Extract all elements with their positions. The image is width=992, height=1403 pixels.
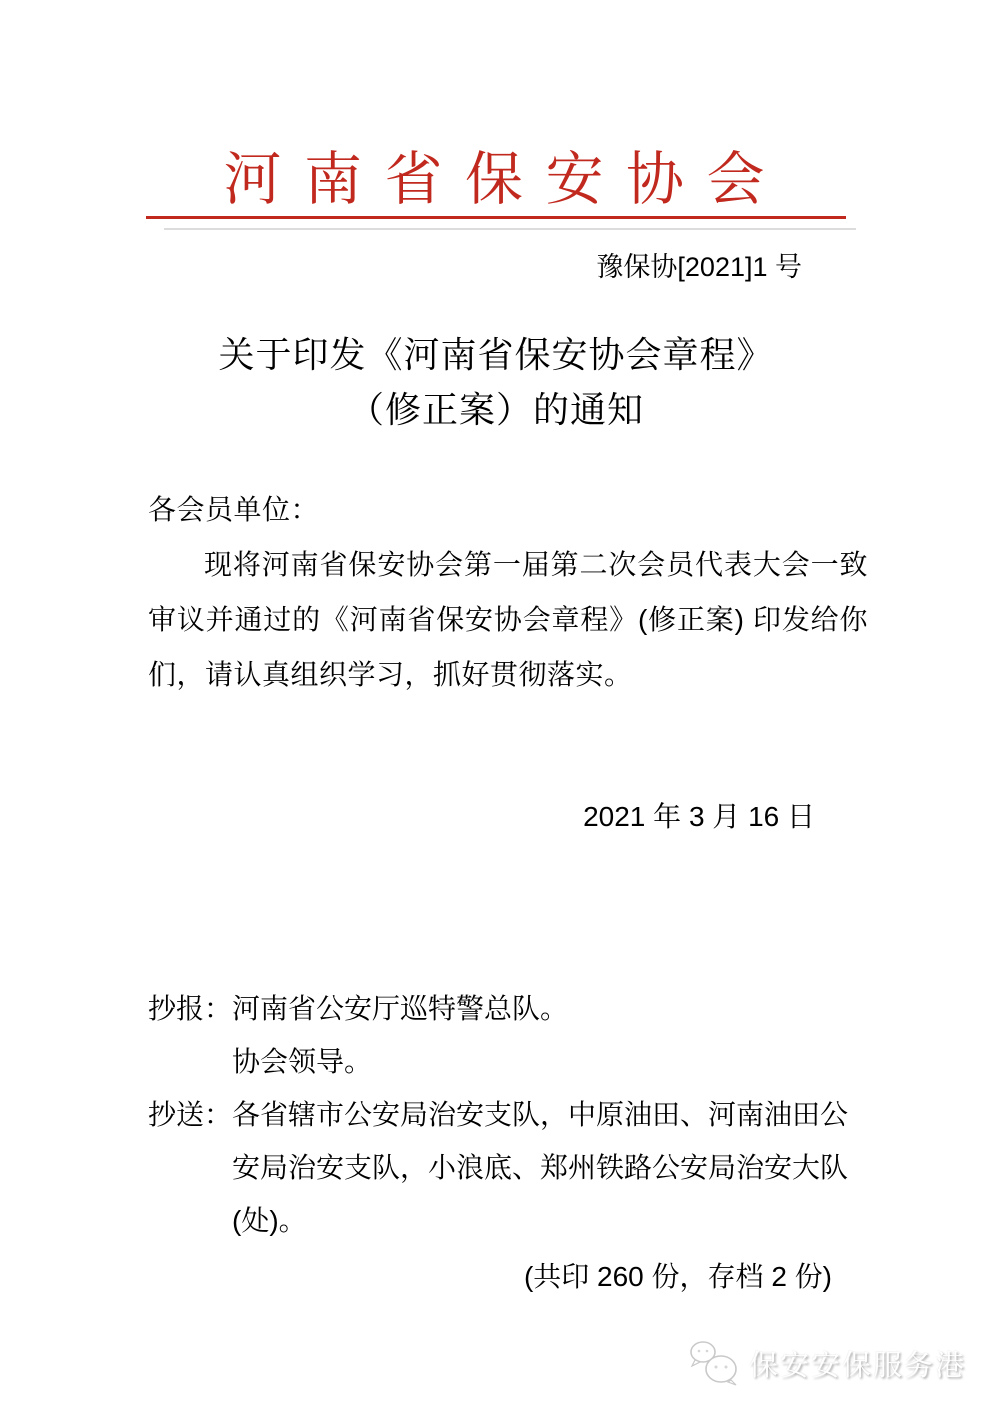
body-paragraph: 现将河南省保安协会第一届第二次会员代表大会一致审议并通过的《河南省保安协会章程》… <box>148 537 868 702</box>
cc-report-label: 抄报： <box>148 982 232 1035</box>
cc-send-row: 抄送： 各省辖市公安局治安支队，中原油田、河南油田公安局治安支队，小浪底、郑州铁… <box>148 1088 862 1247</box>
issue-date: 2021 年 3 月 16 日 <box>0 789 992 844</box>
cc-block: 抄报： 河南省公安厅巡特警总队。 协会领导。 抄送： 各省辖市公安局治安支队，中… <box>148 982 862 1303</box>
cc-send-content: 各省辖市公安局治安支队，中原油田、河南油田公安局治安支队，小浪底、郑州铁路公安局… <box>232 1088 862 1247</box>
watermark: 保安安保服务港 <box>687 1339 966 1387</box>
letterhead-shadow-rule <box>164 228 856 230</box>
salutation: 各会员单位： <box>148 482 868 537</box>
body-block: 各会员单位： 现将河南省保安协会第一届第二次会员代表大会一致审议并通过的《河南省… <box>148 482 868 702</box>
notice-title-line2: （修正案）的通知 <box>0 383 992 438</box>
wechat-icon <box>687 1339 743 1387</box>
document-page: 河 南 省 保 安 协 会 豫保协[2021]1 号 关于印发《河南省保安协会章… <box>0 0 992 1403</box>
cc-report-row: 抄报： 河南省公安厅巡特警总队。 协会领导。 <box>148 982 862 1088</box>
watermark-label: 保安安保服务港 <box>749 1343 966 1384</box>
org-title: 河 南 省 保 安 协 会 <box>146 150 846 211</box>
document-number: 豫保协[2021]1 号 <box>0 252 992 282</box>
notice-title: 关于印发《河南省保安协会章程》 （修正案）的通知 <box>0 328 992 438</box>
cc-report-line1: 河南省公安厅巡特警总队。 <box>232 982 862 1035</box>
letterhead: 河 南 省 保 安 协 会 <box>146 150 846 219</box>
cc-report-content: 河南省公安厅巡特警总队。 协会领导。 <box>232 982 862 1088</box>
notice-title-line1: 关于印发《河南省保安协会章程》 <box>0 328 992 383</box>
cc-send-label: 抄送： <box>148 1088 232 1141</box>
cc-report-line2: 协会领导。 <box>232 1035 862 1088</box>
print-count: (共印 260 份，存档 2 份) <box>148 1250 862 1303</box>
